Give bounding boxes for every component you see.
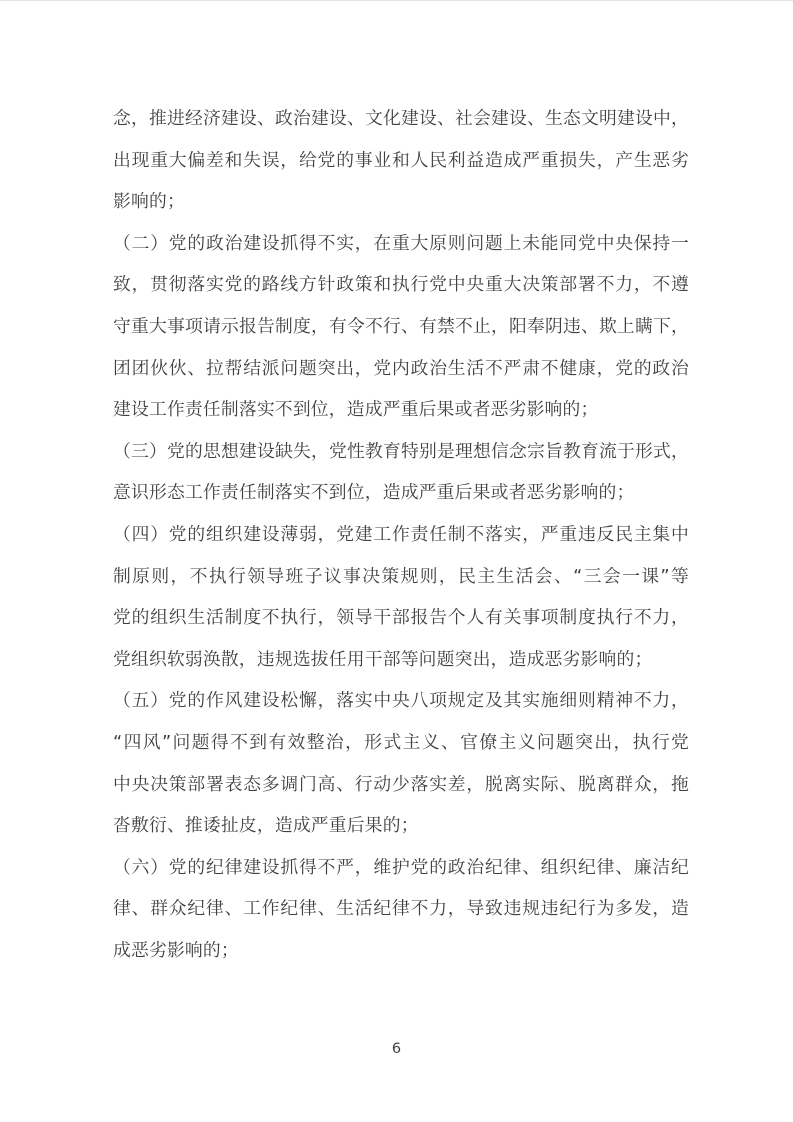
text-line: 念，推进经济建设、政治建设、文化建设、社会建设、生态文明建设中， [113,98,689,140]
paragraph: （六）党的纪律建设抓得不严，维护党的政治纪律、组织纪律、廉洁纪 律、群众纪律、工… [113,847,689,972]
text-line: 党组织软弱涣散，违规选拔任用干部等问题突出，造成恶劣影响的； [113,639,689,681]
text-line: （三）党的思想建设缺失，党性教育特别是理想信念宗旨教育流于形式， [113,431,689,473]
paragraph: （三）党的思想建设缺失，党性教育特别是理想信念宗旨教育流于形式， 意识形态工作责… [113,431,689,514]
text-line: 意识形态工作责任制落实不到位，造成严重后果或者恶劣影响的； [113,472,689,514]
text-line: （二）党的政治建设抓得不实，在重大原则问题上未能同党中央保持一 [113,223,689,265]
document-body: 念，推进经济建设、政治建设、文化建设、社会建设、生态文明建设中， 出现重大偏差和… [113,98,689,971]
text-line: “四风”问题得不到有效整治，形式主义、官僚主义问题突出，执行党 [113,722,689,764]
paragraph: 念，推进经济建设、政治建设、文化建设、社会建设、生态文明建设中， 出现重大偏差和… [113,98,689,223]
text-line: 沓敷衍、推诿扯皮，造成严重后果的； [113,805,689,847]
paragraph: （四）党的组织建设薄弱，党建工作责任制不落实，严重违反民主集中 制原则，不执行领… [113,514,689,680]
text-line: 律、群众纪律、工作纪律、生活纪律不力，导致违规违纪行为多发，造 [113,888,689,930]
text-line: 党的组织生活制度不执行，领导干部报告个人有关事项制度执行不力， [113,597,689,639]
text-line: 守重大事项请示报告制度，有令不行、有禁不止，阳奉阴违、欺上瞒下， [113,306,689,348]
text-line: 团团伙伙、拉帮结派问题突出，党内政治生活不严肃不健康，党的政治 [113,348,689,390]
document-page: 念，推进经济建设、政治建设、文化建设、社会建设、生态文明建设中， 出现重大偏差和… [0,0,793,1122]
text-line: 制原则，不执行领导班子议事决策规则，民主生活会、“三会一课”等 [113,556,689,598]
text-line: 中央决策部署表态多调门高、行动少落实差，脱离实际、脱离群众，拖 [113,764,689,806]
text-line: 致，贯彻落实党的路线方针政策和执行党中央重大决策部署不力，不遵 [113,264,689,306]
text-line: （五）党的作风建设松懈，落实中央八项规定及其实施细则精神不力， [113,680,689,722]
text-line: 成恶劣影响的； [113,930,689,972]
paragraph: （五）党的作风建设松懈，落实中央八项规定及其实施细则精神不力， “四风”问题得不… [113,680,689,846]
text-line: 建设工作责任制落实不到位，造成严重后果或者恶劣影响的； [113,389,689,431]
text-line: 影响的； [113,181,689,223]
text-line: （四）党的组织建设薄弱，党建工作责任制不落实，严重违反民主集中 [113,514,689,556]
text-line: 出现重大偏差和失误，给党的事业和人民利益造成严重损失，产生恶劣 [113,140,689,182]
paragraph: （二）党的政治建设抓得不实，在重大原则问题上未能同党中央保持一 致，贯彻落实党的… [113,223,689,431]
page-number: 6 [0,1039,793,1059]
text-line: （六）党的纪律建设抓得不严，维护党的政治纪律、组织纪律、廉洁纪 [113,847,689,889]
